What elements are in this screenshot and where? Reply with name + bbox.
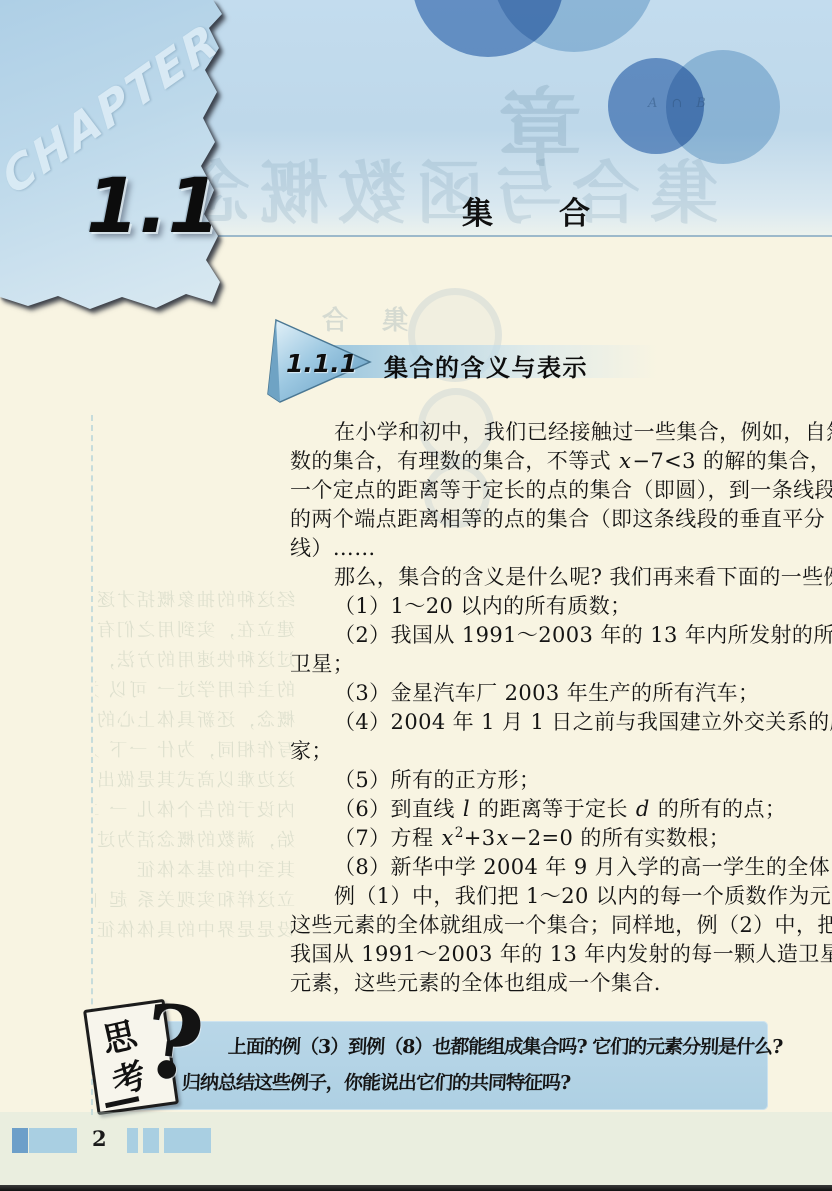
footer-decoration-bar (143, 1128, 159, 1153)
bleedthrough-line: 内设于的告个体儿 一 二 (95, 796, 295, 826)
body-line: 我国从 1991～2003 年的 13 年内发射的每一颗人造卫星作为 (290, 940, 832, 969)
question-mark-icon: ? (138, 985, 210, 1101)
page-title: 集合 (462, 188, 656, 233)
body-line: 那么，集合的含义是什么呢? 我们再来看下面的一些例子: (290, 563, 832, 592)
section-heading: 1.1.1 集合的含义与表示 (264, 316, 724, 406)
body-line: 在小学和初中，我们已经接触过一些集合，例如，自然 (290, 418, 832, 447)
bleedthrough-line: 经这种的抽象概括才逐步 (95, 586, 295, 616)
body-line: （3）金星汽车厂 2003 年生产的所有汽车； (290, 679, 832, 708)
bleedthrough-line: 其至中的基本体征 (95, 856, 295, 886)
bleedthrough-line: 过这种快速用的方法，目 (95, 646, 295, 676)
section-title: 集合的含义与表示 (384, 348, 588, 383)
body-line: 例（1）中，我们把 1～20 以内的每一个质数作为元素， (290, 882, 832, 911)
body-line: 卫星； (290, 650, 832, 679)
bleedthrough-line: 写作相同，为什 一下 人名 (95, 736, 295, 766)
body-line: 的两个端点距离相等的点的集合（即这条线段的垂直平分 (290, 505, 832, 534)
bleedthrough-line: 始，满数的概念活为过了这 (95, 826, 295, 856)
body-line: （1）1～20 以内的所有质数； (290, 592, 832, 621)
body-line: （4）2004 年 1 月 1 日之前与我国建立外交关系的所有国 (290, 708, 832, 737)
body-line: 元素，这些元素的全体也组成一个集合. (290, 969, 832, 998)
footer-decoration-bar (12, 1128, 28, 1153)
body-line: （5）所有的正方形； (290, 766, 832, 795)
body-line: （2）我国从 1991～2003 年的 13 年内所发射的所有人造 (290, 621, 832, 650)
scan-edge-bottom (0, 1185, 832, 1191)
body-line: 线）…… (290, 534, 832, 563)
section-big-number: 1.1 (86, 168, 221, 244)
body-line: 一个定点的距离等于定长的点的集合（即圆），到一条线段 (290, 476, 832, 505)
footer-decoration-bar (127, 1128, 138, 1153)
bleedthrough-line: 立这样和实现关系 起 自 (95, 886, 295, 916)
think-icon: 思 考 ? (84, 996, 224, 1128)
body-line: 家； (290, 737, 832, 766)
body-line: （8）新华中学 2004 年 9 月入学的高一学生的全体. (290, 853, 832, 882)
textbook-page: 集合与函数概念 章 第 A∩B 集合 CHAPTER 1 1.1 集合 经这种的… (0, 0, 832, 1191)
body-text: 在小学和初中，我们已经接触过一些集合，例如，自然数的集合，有理数的集合，不等式 … (290, 418, 832, 998)
think-question-2: 归纳总结这些例子，你能说出它们的共同特征吗? (181, 1068, 571, 1095)
footer-tint (0, 1112, 832, 1185)
body-line: 这些元素的全体就组成一个集合；同样地，例（2）中，把 (290, 911, 832, 940)
body-line: 数的集合，有理数的集合，不等式 x−7<3 的解的集合，到 (290, 447, 832, 476)
bleedthrough-line: 的主年用学过一 可以 为 (95, 676, 295, 706)
footer-decoration-bar (164, 1128, 211, 1153)
body-line: （6）到直线 l 的距离等于定长 d 的所有的点； (290, 795, 832, 824)
bleedthrough-char: 章 (498, 62, 582, 183)
bleedthrough-line: 设是是界中的具体体征 (95, 916, 295, 946)
think-question-1: 上面的例（3）到例（8）也都能组成集合吗? 它们的元素分别是什么? (227, 1032, 783, 1059)
body-line: （7）方程 x2+3x−2=0 的所有实数根； (290, 824, 832, 853)
section-number: 1.1.1 (286, 349, 357, 378)
venn-overlap-label: A∩B (648, 96, 768, 111)
bleedthrough-line: 概念，还新具体上心的分它 (95, 706, 295, 736)
page-number: 2 (92, 1126, 107, 1151)
bleedthrough-line: 这边难以高式其是做出明即 (95, 766, 295, 796)
torn-corner-panel: CHAPTER 1 1.1 (0, 0, 258, 318)
bleedthrough-text-column: 经这种的抽象概括才逐步建立在，实到用之们有理数过这种快速用的方法，目的主年用学过… (95, 586, 295, 946)
bleedthrough-line: 建立在，实到用之们有理数 (95, 616, 295, 646)
footer-decoration-bar (29, 1128, 77, 1153)
